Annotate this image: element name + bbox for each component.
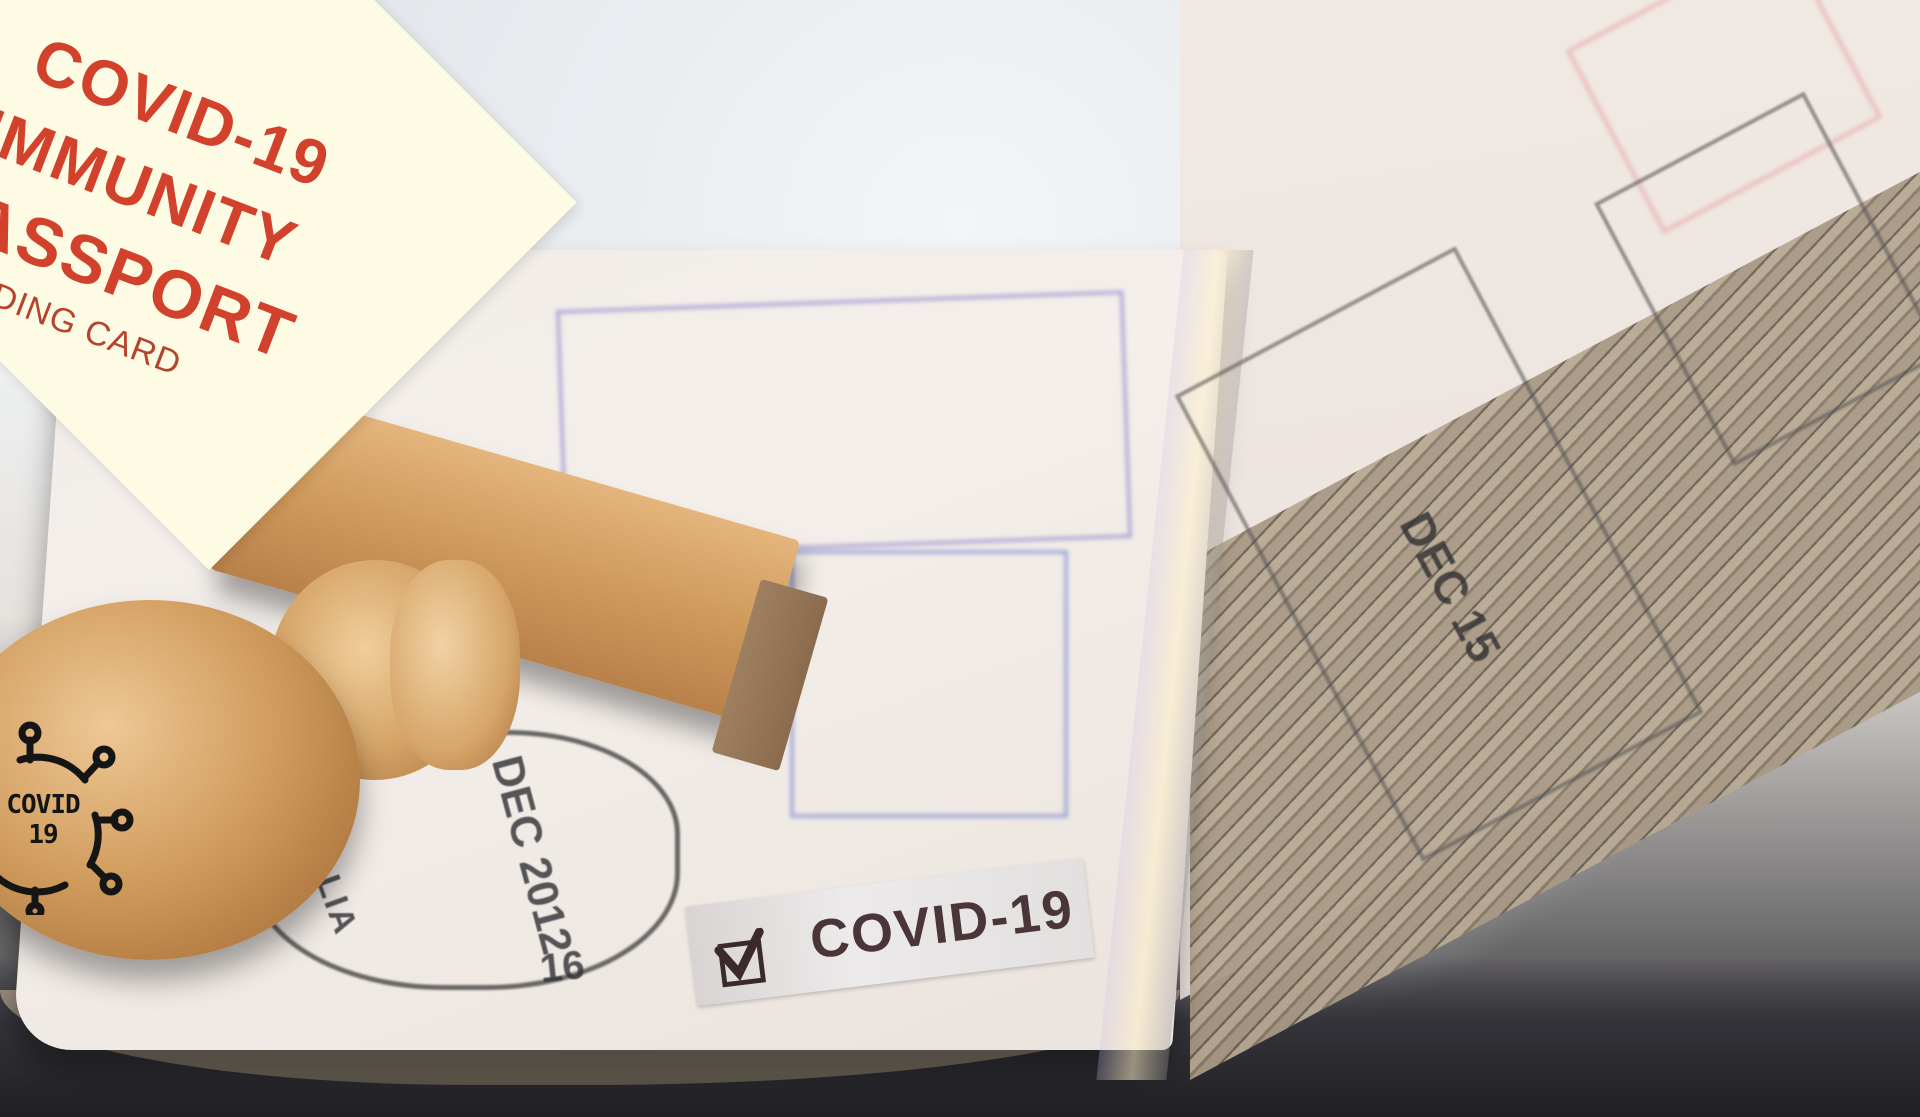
virus-logo-text: COVID 19 [0,790,88,850]
stamp-number-text: 16 [538,943,587,992]
virus-logo-line2: 19 [0,820,88,850]
blue-visa-stamp [790,550,1068,818]
covid-label-text: COVID-19 [807,878,1078,972]
virus-logo-line1: COVID [0,790,88,820]
checkbox-checked-icon [711,927,776,992]
photo-scene: DEC 2012 TRALIA 16 DEC 15 COVID 19 COVID… [0,0,1920,1117]
rubber-stamp-collar [390,560,520,770]
